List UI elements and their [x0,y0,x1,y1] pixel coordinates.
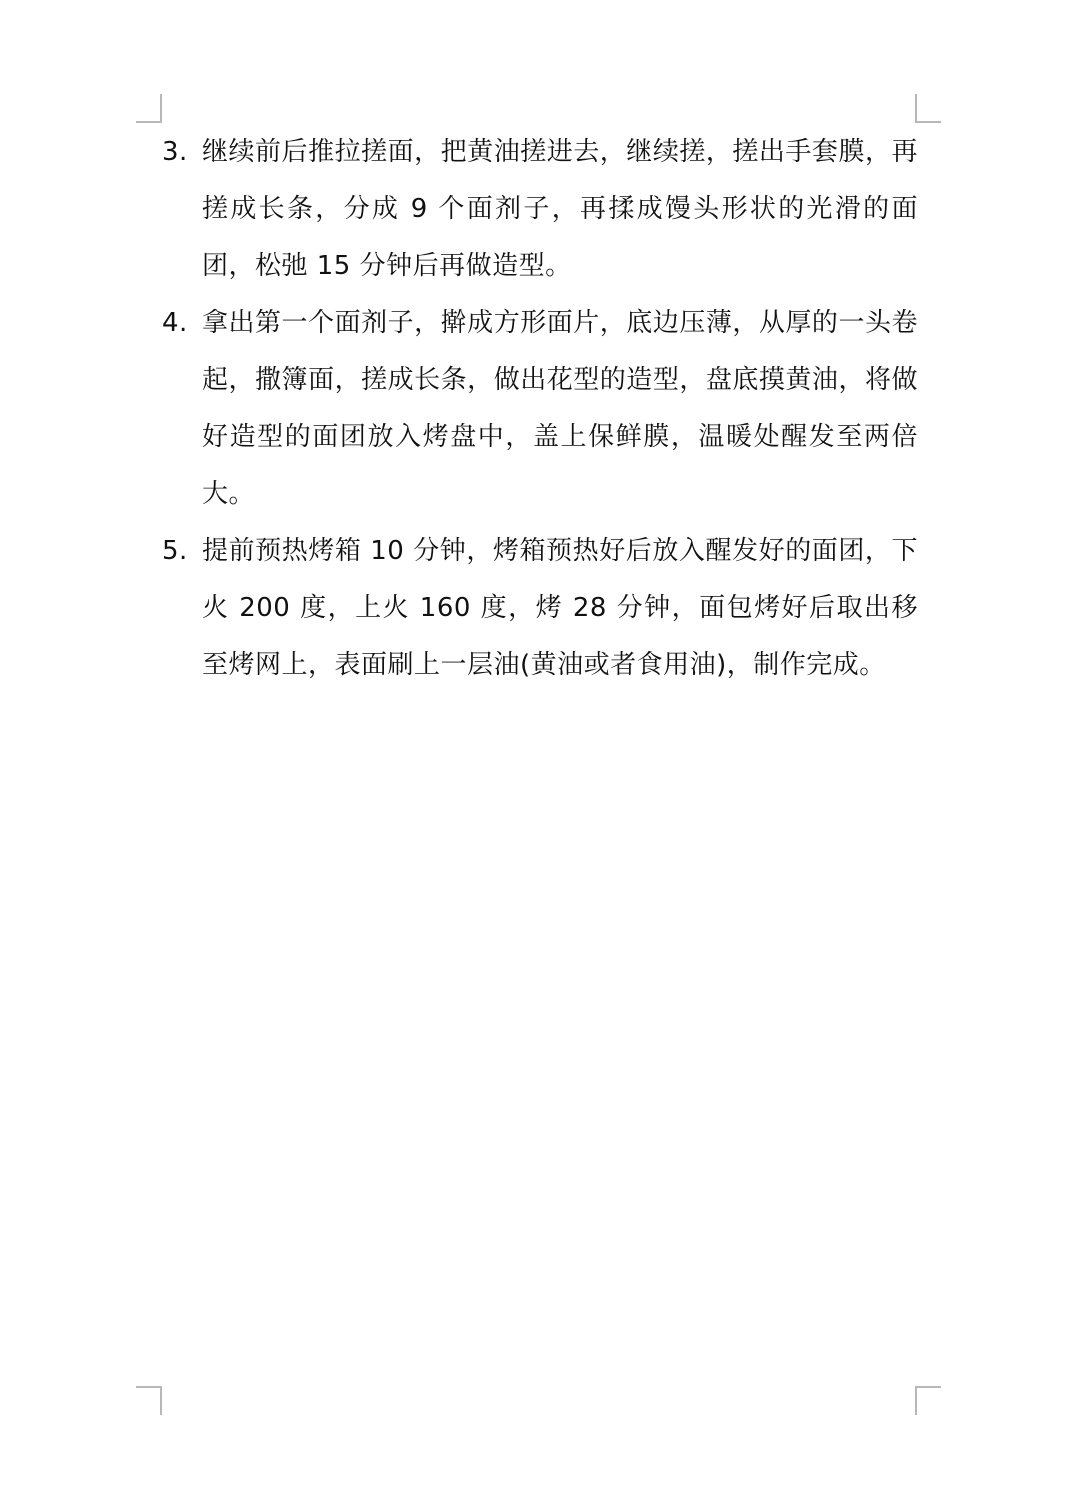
list-number: 4. [162,295,198,352]
document-page: 3. 继续前后推拉搓面，把黄油搓进去，继续搓，搓出手套膜，再搓成长条，分成 9 … [0,0,1076,1503]
list-item-step-3: 3. 继续前后推拉搓面，把黄油搓进去，继续搓，搓出手套膜，再搓成长条，分成 9 … [162,124,922,295]
list-item-text: 提前预热烤箱 10 分钟，烤箱预热好后放入醒发好的面团，下火 200 度，上火 … [202,523,918,694]
document-body: 3. 继续前后推拉搓面，把黄油搓进去，继续搓，搓出手套膜，再搓成长条，分成 9 … [162,124,922,694]
list-number: 3. [162,124,198,181]
page-corner-mark-bottom-left [136,1386,162,1415]
list-item-step-5: 5. 提前预热烤箱 10 分钟，烤箱预热好后放入醒发好的面团，下火 200 度，… [162,523,922,694]
list-item-text: 继续前后推拉搓面，把黄油搓进去，继续搓，搓出手套膜，再搓成长条，分成 9 个面剂… [202,124,918,295]
page-corner-mark-top-right [915,94,941,123]
list-number: 5. [162,523,198,580]
list-item-text: 拿出第一个面剂子，擀成方形面片，底边压薄，从厚的一头卷起，撒簿面，搓成长条，做出… [202,295,918,523]
page-corner-mark-top-left [136,94,162,123]
page-corner-mark-bottom-right [915,1386,941,1415]
list-item-step-4: 4. 拿出第一个面剂子，擀成方形面片，底边压薄，从厚的一头卷起，撒簿面，搓成长条… [162,295,922,523]
